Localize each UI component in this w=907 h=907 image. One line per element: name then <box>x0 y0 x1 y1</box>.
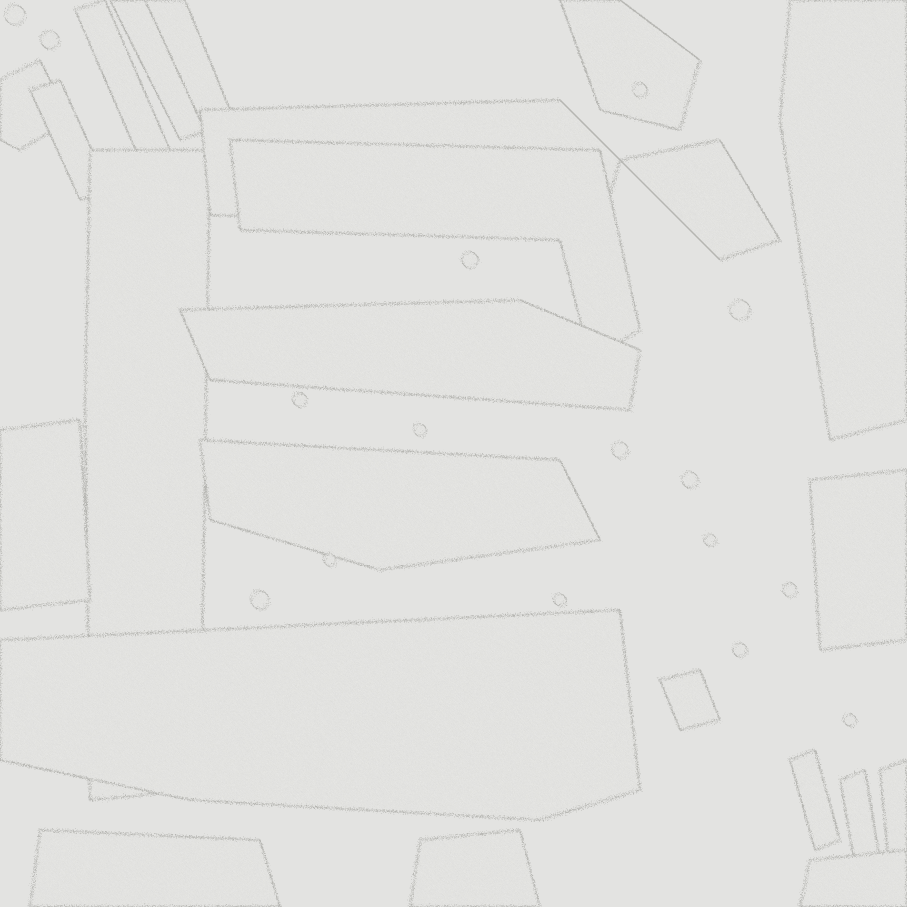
textured-concrete-surface <box>0 0 907 907</box>
aggregate-texture <box>0 0 907 907</box>
